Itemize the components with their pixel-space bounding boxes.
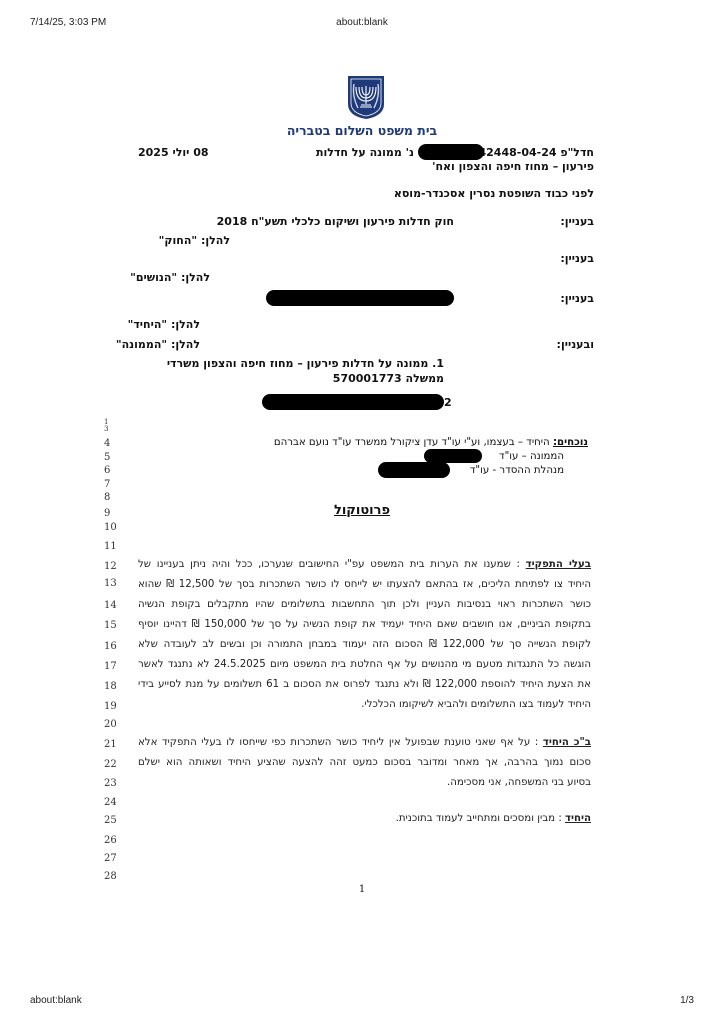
speaker-label: היחיד xyxy=(565,813,591,824)
protocol-title: פרוטוקול xyxy=(0,503,724,518)
line-number: 19 xyxy=(104,701,120,712)
body-line: בתקופת הביניים, אנו חושבים שאם היחיד יעמ… xyxy=(138,619,591,630)
body-line: כושר השתכרות ראוי בנסיבות העניין ולכן תו… xyxy=(138,599,591,610)
line-number: 23 xyxy=(104,778,120,789)
line-number: 28 xyxy=(104,871,120,882)
redaction-box xyxy=(418,144,484,160)
trustee-line1: 1. ממונה על חדלות פירעון – מחוז חיפה והצ… xyxy=(167,357,444,370)
case-parties: נ' ממונה על חדלות xyxy=(316,146,414,159)
court-name: בית משפט השלום בטבריה xyxy=(0,123,724,138)
line-number: 21 xyxy=(104,739,120,750)
party-label-3: בעניין: xyxy=(560,292,594,305)
line-number: 24 xyxy=(104,797,120,808)
print-footer-page: 1/3 xyxy=(680,995,694,1006)
redaction-box xyxy=(266,290,454,306)
line-number: 26 xyxy=(104,835,120,846)
print-title: about:blank xyxy=(0,17,724,28)
hereinafter-trustee: להלן: "הממונה" xyxy=(140,338,200,351)
speaker-label: בעלי התפקיד xyxy=(526,559,591,570)
present-individual: היחיד – בעצמו, וע"י עו"ד עדן ציקורל ממשר… xyxy=(274,437,550,448)
redaction-box xyxy=(262,394,444,410)
present-line2: הממונה – עו"ד xyxy=(499,451,564,462)
present-line1: נוכחים: היחיד – בעצמו, וע"י עו"ד עדן ציק… xyxy=(274,437,588,448)
case-number-value: 42448-04-24 xyxy=(478,146,556,159)
line-number: 27 xyxy=(104,853,120,864)
party-label-1: בעניין: xyxy=(560,215,594,228)
print-footer-url: about:blank xyxy=(30,995,82,1006)
case-parties-line2: פירעון – מחוז חיפה והצפון ואח' xyxy=(432,160,594,173)
judge-line: לפני כבוד השופטת נסרין אסכנדר-מוסא xyxy=(394,187,594,200)
present-line3: מנהלת ההסדר - עו"ד xyxy=(470,465,564,476)
hereinafter-individual: להלן: "היחיד" xyxy=(140,318,200,331)
body-line: בעלי התפקיד : שמענו את הערות בית המשפט ע… xyxy=(138,559,591,570)
line-number: 5 xyxy=(104,452,120,463)
body-line: את הצעת היחיד להוספת 122,000 ₪ ולא נתנגד… xyxy=(138,679,591,690)
page-number: 1 xyxy=(0,884,724,895)
line-number: 10 xyxy=(104,522,120,533)
party-label-2: בעניין: xyxy=(560,252,594,265)
body-line: היחיד לעמוד בצו התשלומים ולהביא לשיקומו … xyxy=(138,699,591,710)
line-number: 16 xyxy=(104,641,120,652)
line-number: 13 xyxy=(104,578,120,589)
party-label-4: ובעניין: xyxy=(557,338,594,351)
line-number: 8 xyxy=(104,492,120,503)
line-number: 17 xyxy=(104,661,120,672)
redaction-box xyxy=(424,449,482,463)
line-number: 22 xyxy=(104,759,120,770)
body-line: היחיד : מבין ומסכים ומתחייב לעמוד בתוכני… xyxy=(138,813,591,824)
redaction-box xyxy=(378,462,450,478)
hereinafter-law: להלן: "החוק" xyxy=(140,234,230,247)
speaker-label: ב"כ היחיד xyxy=(543,737,591,748)
line-number: 4 xyxy=(104,438,120,449)
case-number: חדל"פ 42448-04-24 xyxy=(478,146,594,159)
case-date: 08 יולי 2025 xyxy=(138,146,209,159)
line-number: 3 xyxy=(104,425,120,433)
party-item-2-number: 2 xyxy=(444,396,452,409)
body-line: לקופת הנשייה סך של 122,000 ₪ הסכום הזה י… xyxy=(138,639,591,650)
law-title: חוק חדלות פירעון ושיקום כלכלי תשע"ח 2018 xyxy=(217,215,454,228)
body-line: סכום נמוך בהרבה, אך מאחר ומדובר בסכום כמ… xyxy=(138,757,591,768)
line-number: 7 xyxy=(104,479,120,490)
line-number: 25 xyxy=(104,815,120,826)
line-number: 12 xyxy=(104,561,120,572)
state-emblem-icon xyxy=(346,74,386,120)
body-line: הוגשה כל התנגדות מטעם מי מהנושים על אף ה… xyxy=(138,659,591,670)
body-line: ב"כ היחיד : על אף שאני טוענת שבפועל אין … xyxy=(138,737,591,748)
body-line: בסיוע בני המשפחה, אני מסכימה. xyxy=(138,777,591,788)
line-number: 6 xyxy=(104,465,120,476)
line-number: 15 xyxy=(104,620,120,631)
present-label: נוכחים: xyxy=(553,437,588,448)
hereinafter-creditors: להלן: "הנושים" xyxy=(140,271,210,284)
line-number: 20 xyxy=(104,719,120,730)
line-number: 11 xyxy=(104,541,120,552)
case-number-prefix: חדל"פ xyxy=(560,146,594,159)
body-line: היחיד צו לפתיחת הליכים, אז בהתאם להצעתו … xyxy=(138,579,591,590)
line-number: 18 xyxy=(104,681,120,692)
trustee-line2: ממשלה 570001773 xyxy=(333,372,444,385)
line-number: 14 xyxy=(104,600,120,611)
